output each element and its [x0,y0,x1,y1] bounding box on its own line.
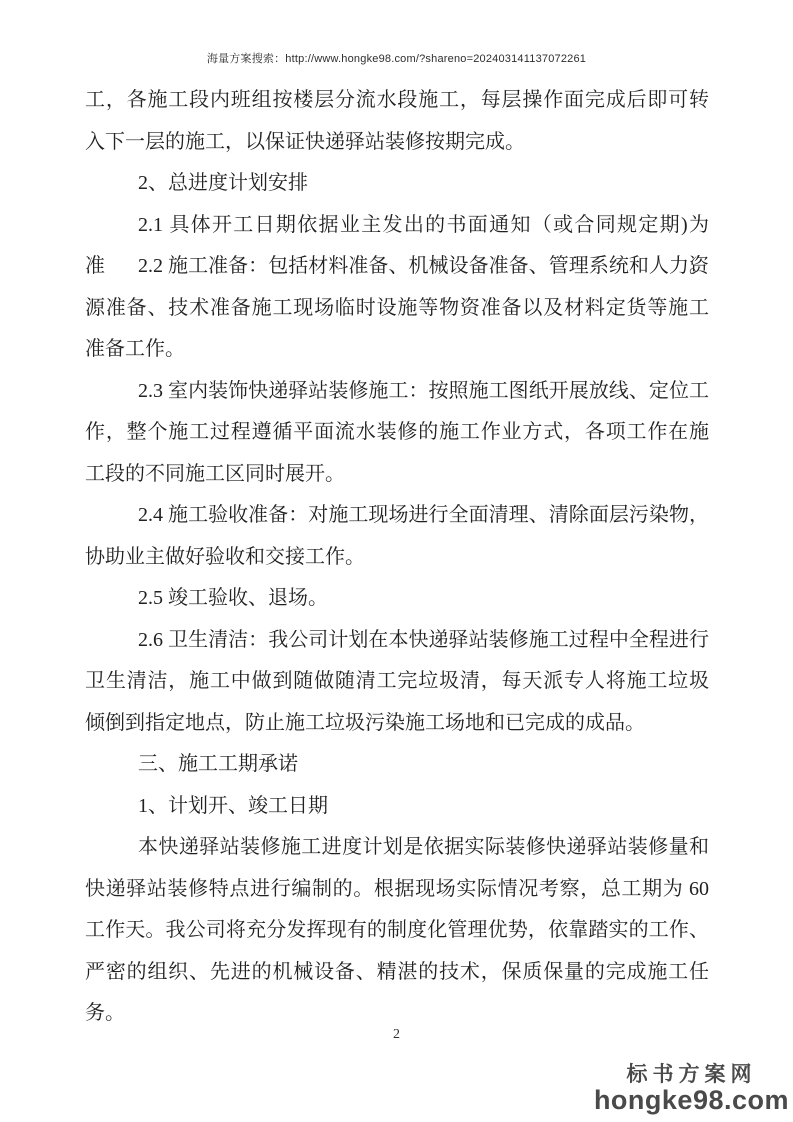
text-line: 工段的不同施工区同时展开。 [85,454,709,496]
document-body: 工，各施工段内班组按楼层分流水段施工，每层操作面完成后即可转入下一层的施工，以保… [85,80,709,1035]
page-number: 2 [0,1027,793,1043]
text-line: 严密的组织、先进的机械设备、精湛的技术，保质保量的完成施工任 [85,952,709,994]
site-logo-chinese-name: 标书方案网 [594,1064,789,1086]
document-page: 海量方案搜索：http://www.hongke98.com/?shareno=… [0,0,793,1122]
text-line: 入下一层的施工，以保证快递驿站装修按期完成。 [85,122,709,164]
header-search-label: 海量方案搜索： [207,53,285,65]
text-line: 倾倒到指定地点，防止施工垃圾污染施工场地和已完成的成品。 [85,703,709,745]
text-line: 工作天。我公司将充分发挥现有的制度化管理优势，依靠踏实的工作、 [85,910,709,952]
text-line: 本快递驿站装修施工进度计划是依据实际装修快递驿站装修量和 [85,827,709,869]
text-line: 卫生清洁，施工中做到随做随清工完垃圾清，每天派专人将施工垃圾 [85,661,709,703]
site-logo: 标书方案网 hongke98.com [594,1064,789,1114]
text-line: 2、总进度计划安排 [85,163,709,205]
text-line: 1、计划开、竣工日期 [85,786,709,828]
text-line: 2.4 施工验收准备：对施工现场进行全面清理、清除面层污染物， [85,495,709,537]
text-line: 源准备、技术准备施工现场临时设施等物资准备以及材料定货等施工 [85,288,709,330]
text-line: 2.3 室内装饰快递驿站装修施工：按照施工图纸开展放线、定位工 [85,371,709,413]
text-line: 2.2 施工准备：包括材料准备、机械设备准备、管理系统和人力资 [85,246,709,288]
text-line: 工，各施工段内班组按楼层分流水段施工，每层操作面完成后即可转 [85,80,709,122]
text-line: 作，整个施工过程遵循平面流水装修的施工作业方式，各项工作在施 [85,412,709,454]
text-line: 2.5 竣工验收、退场。 [85,578,709,620]
text-line: 2.1 具体开工日期依据业主发出的书面通知（或合同规定期)为准。 [85,205,709,247]
text-line: 三、施工工期承诺 [85,744,709,786]
header-share-url: http://www.hongke98.com/?shareno=2024031… [285,53,586,65]
document-header: 海量方案搜索：http://www.hongke98.com/?shareno=… [0,50,793,66]
text-line: 快递驿站装修特点进行编制的。根据现场实际情况考察，总工期为 60 [85,869,709,911]
text-line: 2.6 卫生清洁：我公司计划在本快递驿站装修施工过程中全程进行 [85,620,709,662]
text-line: 协助业主做好验收和交接工作。 [85,537,709,579]
site-logo-domain: hongke98.com [594,1086,789,1114]
text-line: 准备工作。 [85,329,709,371]
